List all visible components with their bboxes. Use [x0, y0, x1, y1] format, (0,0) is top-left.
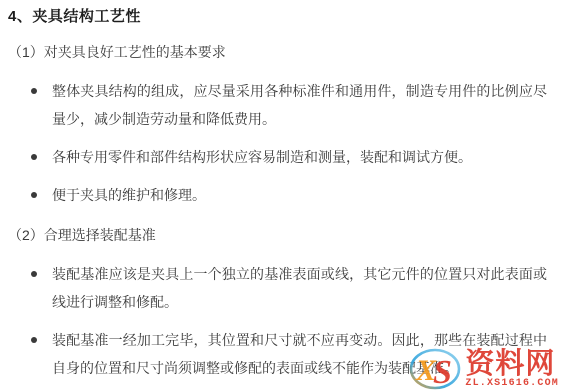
xs-logo-icon: X S — [409, 343, 463, 391]
list-item-text: 各种专用零件和部件结构形状应容易制造和测量，装配和调试方便。 — [52, 149, 472, 165]
list-item: 各种专用零件和部件结构形状应容易制造和测量，装配和调试方便。 — [0, 143, 561, 171]
logo-letter-s: S — [433, 354, 452, 391]
section-2-heading: （2）合理选择装配基准 — [8, 227, 561, 244]
section-1-list: 整体夹具结构的组成，应尽量采用各种标准件和通用件，制造专用件的比例应尽量少，减少… — [0, 77, 561, 209]
document-page: 4、夹具结构工艺性 （1）对夹具良好工艺性的基本要求 整体夹具结构的组成，应尽量… — [0, 0, 561, 392]
watermark: X S 资料网 ZL.XS1616.COM — [409, 343, 559, 389]
list-item-text: 装配基准应该是夹具上一个独立的基准表面或线，其它元件的位置只对此表面或线进行调整… — [52, 266, 547, 310]
watermark-text: 资料网 ZL.XS1616.COM — [465, 350, 559, 389]
page-title: 4、夹具结构工艺性 — [8, 8, 561, 26]
section-1-heading: （1）对夹具良好工艺性的基本要求 — [8, 44, 561, 61]
list-item: 装配基准应该是夹具上一个独立的基准表面或线，其它元件的位置只对此表面或线进行调整… — [0, 260, 561, 316]
list-item-text: 整体夹具结构的组成，应尽量采用各种标准件和通用件，制造专用件的比例应尽量少，减少… — [52, 83, 547, 127]
list-item: 便于夹具的维护和修理。 — [0, 181, 561, 209]
list-item: 整体夹具结构的组成，应尽量采用各种标准件和通用件，制造专用件的比例应尽量少，减少… — [0, 77, 561, 133]
watermark-site-name: 资料网 — [465, 350, 555, 378]
list-item-text: 便于夹具的维护和修理。 — [52, 187, 206, 203]
watermark-site-url: ZL.XS1616.COM — [465, 379, 559, 389]
